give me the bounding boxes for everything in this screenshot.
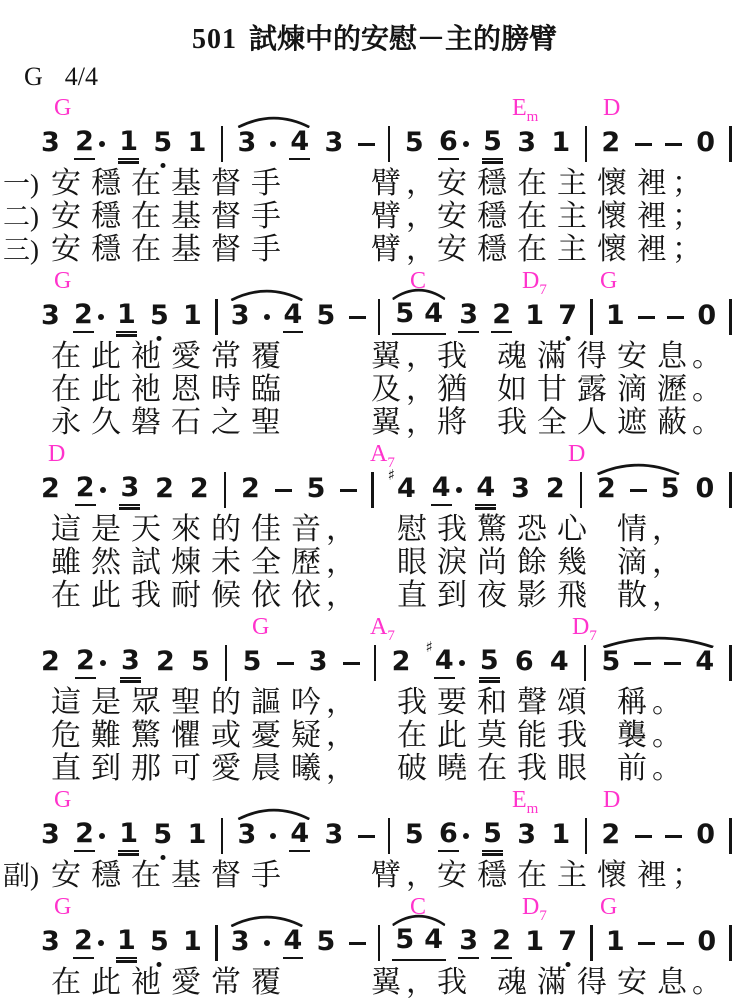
note: 1 bbox=[118, 820, 139, 852]
dot-separator bbox=[270, 833, 276, 839]
lyric-cell: 幾 bbox=[552, 548, 592, 579]
lyric-cell: 魂 bbox=[492, 968, 532, 999]
lyric-cell: 主 bbox=[552, 202, 592, 233]
slur-group: 54 bbox=[392, 926, 446, 961]
note: 5 bbox=[316, 302, 337, 332]
note-digit: 3 bbox=[510, 475, 531, 505]
lyric-cell: 督 bbox=[206, 235, 246, 266]
lyric-cell: 祂 bbox=[126, 342, 166, 373]
chord-root: G bbox=[252, 614, 269, 640]
duration-dash bbox=[635, 835, 652, 838]
note: 2 bbox=[189, 475, 210, 505]
note-digit: 3 bbox=[230, 928, 251, 958]
note: 3 bbox=[119, 474, 140, 506]
lyric-cell: 散 bbox=[612, 581, 652, 612]
page-title: 501試煉中的安慰－主的膀臂 bbox=[0, 0, 749, 56]
lyric-cell: 息 bbox=[652, 968, 692, 999]
chord-root: A bbox=[370, 614, 387, 640]
barline bbox=[590, 299, 593, 335]
key-signature: G4/4 bbox=[24, 62, 749, 92]
lyric-cell: 常 bbox=[206, 968, 246, 999]
note-digit: 1 bbox=[605, 928, 626, 958]
lyric-cell: 穩 bbox=[472, 235, 512, 266]
lyric-cell: 懼 bbox=[166, 721, 206, 752]
lyric-cell: 基 bbox=[166, 169, 206, 200]
note-digit: 5 bbox=[479, 647, 500, 679]
note: 0 bbox=[695, 821, 716, 851]
duration-dash bbox=[635, 143, 652, 146]
lyric-punct: ， bbox=[652, 515, 678, 546]
chord-row: GCD7G bbox=[0, 895, 749, 921]
note-digit: 3 bbox=[230, 302, 251, 332]
note-digit: 2 bbox=[75, 647, 96, 679]
lyric-cell: 人 bbox=[572, 408, 612, 439]
note: 1 bbox=[182, 302, 203, 332]
barline bbox=[729, 299, 732, 335]
note-digit: 3 bbox=[458, 927, 479, 959]
lyric-cell: 穩 bbox=[86, 235, 126, 266]
lyric-row: 在此祂恩時臨及，猶如甘露滴瀝。 bbox=[0, 372, 749, 405]
lyric-cell: 全 bbox=[246, 548, 286, 579]
lyric-cell: 將 bbox=[432, 408, 472, 439]
note: 3 bbox=[120, 647, 141, 679]
lyric-cell: 祂 bbox=[126, 375, 166, 406]
lyric-row: 一)安穩在基督手臂，安穩在主懷裡； bbox=[0, 166, 749, 199]
chord-root: G bbox=[54, 787, 71, 813]
chord-label: Em bbox=[512, 788, 538, 817]
lyric-cell: 覆 bbox=[246, 968, 286, 999]
augmentation-dot bbox=[98, 940, 104, 946]
lyric-row: 副)安穩在基督手臂，安穩在主懷裡； bbox=[0, 858, 749, 891]
duration-dash bbox=[340, 489, 357, 492]
note: 4 bbox=[289, 128, 310, 160]
lyric-cell: 臂 bbox=[366, 202, 406, 233]
lyric-cell: 的 bbox=[206, 515, 246, 546]
chord-label: G bbox=[600, 895, 617, 920]
lyric-row: 這是天來的佳音，慰我驚恐心情， bbox=[0, 512, 749, 545]
lyric-punct: ， bbox=[326, 754, 352, 785]
lyric-cell: 尚 bbox=[472, 548, 512, 579]
lyric-cell: 此 bbox=[86, 968, 126, 999]
note-digit: 5 bbox=[152, 129, 173, 159]
note: 2 bbox=[75, 474, 106, 506]
lyric-cell: 滴 bbox=[612, 375, 652, 406]
note-digit: 4 bbox=[475, 474, 496, 506]
note: 1 bbox=[118, 128, 139, 160]
lyric-row: 二)安穩在基督手臂，安穩在主懷裡； bbox=[0, 199, 749, 232]
chord-row: GCD7G bbox=[0, 269, 749, 295]
note: 1 bbox=[187, 129, 208, 159]
note: 3 bbox=[458, 927, 479, 959]
note: 4 bbox=[283, 927, 304, 959]
note: 3 bbox=[510, 475, 531, 505]
key-tonic: G bbox=[24, 62, 43, 91]
chord-label: Em bbox=[512, 96, 538, 125]
lyric-row: 危難驚懼或憂疑，在此莫能我襲。 bbox=[0, 718, 749, 751]
lyric-cell: 督 bbox=[206, 202, 246, 233]
system-4: GA7D722325532♯456454這是眾聖的謳吟，我要和聲頌稱。危難驚懼或… bbox=[0, 615, 749, 784]
lyric-punct: ， bbox=[326, 688, 352, 719]
lyric-cell: 滴 bbox=[612, 548, 652, 579]
note-digit: 5 bbox=[394, 300, 415, 330]
lyric-cell: 穩 bbox=[472, 169, 512, 200]
chord-root: D bbox=[603, 787, 620, 813]
note: 0 bbox=[695, 475, 716, 505]
lyric-cell: 頌 bbox=[552, 688, 592, 719]
lyric-cell: 直 bbox=[46, 754, 86, 785]
lyric-cell: 曦 bbox=[286, 754, 326, 785]
barline bbox=[221, 818, 224, 854]
lyric-cell: 恩 bbox=[166, 375, 206, 406]
lyric-cell: 吟 bbox=[286, 688, 326, 719]
barline bbox=[374, 645, 377, 681]
duration-dash bbox=[665, 143, 682, 146]
lyric-cell: 我 bbox=[432, 515, 472, 546]
note-digit: 2 bbox=[545, 475, 566, 505]
barline bbox=[215, 925, 218, 961]
barline bbox=[729, 472, 732, 508]
melody-row: 3215134554321710 bbox=[40, 921, 732, 965]
lyric-cell: 安 bbox=[432, 202, 472, 233]
barline bbox=[388, 818, 391, 854]
note-digit: 2 bbox=[600, 821, 621, 851]
note: 3 bbox=[323, 129, 344, 159]
lyric-cell: 手 bbox=[246, 169, 286, 200]
lyric-punct: 。 bbox=[652, 754, 678, 785]
lyric-cell: 影 bbox=[512, 581, 552, 612]
lyric-cell: 裡 bbox=[632, 861, 672, 892]
note: 3 bbox=[323, 821, 344, 851]
chord-label: D bbox=[603, 788, 620, 813]
note-digit: 3 bbox=[237, 129, 258, 159]
lyric-cell: 及 bbox=[366, 375, 406, 406]
lyric-cell: 此 bbox=[86, 342, 126, 373]
lyric-cell: 眼 bbox=[552, 754, 592, 785]
slur-group: 34 bbox=[230, 301, 304, 333]
lyric-cell: 如 bbox=[492, 375, 532, 406]
note-digit: 3 bbox=[458, 301, 479, 333]
lyric-cell: 魂 bbox=[492, 342, 532, 373]
lyric-cell: 主 bbox=[552, 169, 592, 200]
note-digit: 1 bbox=[524, 928, 545, 958]
lyric-row: 三)安穩在基督手臂，安穩在主懷裡； bbox=[0, 232, 749, 265]
lyric-cell: 滿 bbox=[532, 342, 572, 373]
note: 0 bbox=[696, 928, 717, 958]
lyric-cell: 聲 bbox=[512, 688, 552, 719]
note: 5 bbox=[316, 928, 337, 958]
lyric-cell: 猶 bbox=[432, 375, 472, 406]
lyric-row: 在此祂愛常覆翼，我魂滿得安息。 bbox=[0, 339, 749, 372]
lyric-cell: 或 bbox=[206, 721, 246, 752]
lyric-cell: 露 bbox=[572, 375, 612, 406]
note: 3 bbox=[516, 129, 537, 159]
note: 5 bbox=[601, 648, 622, 678]
note-digit: 4 bbox=[694, 648, 715, 678]
lyric-cell: 莫 bbox=[472, 721, 512, 752]
system-5: GEmD321513435653120副)安穩在基督手臂，安穩在主懷裡； bbox=[0, 788, 749, 891]
lyric-cell: 此 bbox=[86, 581, 126, 612]
lyric-cell: 懷 bbox=[592, 202, 632, 233]
lyric-cell: 心 bbox=[552, 515, 592, 546]
note-digit: 5 bbox=[149, 928, 170, 958]
lyric-cell: 磐 bbox=[126, 408, 166, 439]
verse-prefix: 三) bbox=[3, 237, 39, 265]
lyric-cell: 情 bbox=[612, 515, 652, 546]
lyric-cell: 佳 bbox=[246, 515, 286, 546]
lyric-cell: 全 bbox=[532, 408, 572, 439]
verse-prefix: 副) bbox=[3, 863, 39, 891]
note-digit: 6 bbox=[514, 648, 535, 678]
lyric-cell: 試 bbox=[126, 548, 166, 579]
system-2: GCD7G3215134554321710在此祂愛常覆翼，我魂滿得安息。在此祂恩… bbox=[0, 269, 749, 438]
lyric-cell: 天 bbox=[126, 515, 166, 546]
note: 1 bbox=[187, 821, 208, 851]
note-digit: 2 bbox=[240, 475, 261, 505]
lyric-cell: 依 bbox=[246, 581, 286, 612]
barline bbox=[729, 925, 732, 961]
chord-label: A7 bbox=[370, 615, 395, 644]
lyric-cell: 安 bbox=[612, 968, 652, 999]
lyric-cell: 憂 bbox=[246, 721, 286, 752]
note: 1 bbox=[182, 928, 203, 958]
note: 7 bbox=[557, 928, 578, 958]
note: 2 bbox=[40, 475, 61, 505]
note: 3 bbox=[516, 821, 537, 851]
note: 6 bbox=[438, 128, 469, 160]
lyric-cell: 眼 bbox=[392, 548, 432, 579]
slur-group: 54 bbox=[601, 648, 716, 678]
lyric-cell: 在 bbox=[126, 169, 166, 200]
note-digit: 2 bbox=[73, 927, 94, 959]
note: 2 bbox=[600, 821, 621, 851]
duration-dash bbox=[349, 942, 366, 945]
note-digit: 3 bbox=[237, 821, 258, 851]
lyric-cell: 滿 bbox=[532, 968, 572, 999]
lyric-punct: ， bbox=[406, 202, 432, 233]
lyric-punct: ； bbox=[672, 861, 698, 892]
duration-dash bbox=[277, 662, 294, 665]
note: 5 bbox=[149, 928, 170, 958]
note-digit: 1 bbox=[182, 928, 203, 958]
lyric-cell: 基 bbox=[166, 861, 206, 892]
note-digit: 4 bbox=[289, 820, 310, 852]
lyric-cell: 在 bbox=[46, 342, 86, 373]
lyric-cell: 督 bbox=[206, 169, 246, 200]
lyric-cell: 臂 bbox=[366, 235, 406, 266]
note-digit: 5 bbox=[316, 928, 337, 958]
note: 4 bbox=[475, 474, 496, 506]
note: 2 bbox=[74, 820, 105, 852]
note: 2 bbox=[75, 647, 106, 679]
melody-row: 321513435653120 bbox=[40, 122, 732, 166]
duration-dash bbox=[634, 662, 651, 665]
lyric-cell: 晨 bbox=[246, 754, 286, 785]
lyric-punct: ； bbox=[672, 202, 698, 233]
lyric-cell: 時 bbox=[206, 375, 246, 406]
lyric-cell: 夜 bbox=[472, 581, 512, 612]
note: 2 bbox=[155, 648, 176, 678]
dot-separator bbox=[264, 940, 270, 946]
note: 5 bbox=[190, 648, 211, 678]
note: ♯4 bbox=[426, 647, 465, 679]
note: 2 bbox=[491, 301, 512, 333]
note: 2 bbox=[545, 475, 566, 505]
note: 3 bbox=[230, 302, 251, 332]
augmentation-dot bbox=[459, 660, 465, 666]
note: 2 bbox=[391, 648, 412, 678]
lyric-cell: 慰 bbox=[392, 515, 432, 546]
lyric-cell: 臨 bbox=[246, 375, 286, 406]
lyric-cell: 懷 bbox=[592, 169, 632, 200]
sharp-icon: ♯ bbox=[388, 468, 395, 483]
barline bbox=[388, 126, 391, 162]
lyric-cell: 的 bbox=[206, 688, 246, 719]
chord-root: A bbox=[370, 441, 387, 467]
lyric-cell: 主 bbox=[552, 235, 592, 266]
lyric-cell: 直 bbox=[392, 581, 432, 612]
note-digit: 0 bbox=[696, 302, 717, 332]
lyric-cell: 安 bbox=[432, 169, 472, 200]
lyric-cell: 在 bbox=[46, 375, 86, 406]
note: 2 bbox=[73, 927, 104, 959]
melody-row: 22325532♯456454 bbox=[40, 641, 732, 685]
lyric-cell: 我 bbox=[492, 408, 532, 439]
chord-root: G bbox=[54, 268, 71, 294]
lyric-cell: 那 bbox=[126, 754, 166, 785]
lyric-cell: 裡 bbox=[632, 235, 672, 266]
chord-root: E bbox=[512, 95, 527, 121]
chord-label: G bbox=[252, 615, 269, 640]
lyric-cell: 安 bbox=[46, 202, 86, 233]
chord-row: GA7D7 bbox=[0, 615, 749, 641]
chord-label: G bbox=[54, 96, 71, 121]
lyric-cell: 和 bbox=[472, 688, 512, 719]
note-digit: 2 bbox=[74, 128, 95, 160]
note-digit: 5 bbox=[306, 475, 327, 505]
dot-separator bbox=[270, 141, 276, 147]
note-digit: 1 bbox=[524, 302, 545, 332]
note-digit: 5 bbox=[152, 821, 173, 851]
note-digit: 2 bbox=[491, 301, 512, 333]
lyric-punct: ， bbox=[406, 968, 432, 999]
barline bbox=[729, 818, 732, 854]
note: 3 bbox=[458, 301, 479, 333]
lyric-cell: 得 bbox=[572, 342, 612, 373]
lyric-cell: 耐 bbox=[166, 581, 206, 612]
lyric-cell: 是 bbox=[86, 688, 126, 719]
note: 5 bbox=[149, 302, 170, 332]
duration-dash bbox=[664, 662, 681, 665]
lyric-cell: 安 bbox=[46, 861, 86, 892]
lyric-cell: 督 bbox=[206, 861, 246, 892]
lyric-cell: 曉 bbox=[432, 754, 472, 785]
lyric-punct: ， bbox=[652, 548, 678, 579]
chord-row: GEmD bbox=[0, 96, 749, 122]
chord-label: D7 bbox=[522, 269, 547, 298]
lyric-cell: 此 bbox=[86, 375, 126, 406]
lyric-punct: ， bbox=[326, 515, 352, 546]
lyric-cell: 主 bbox=[552, 861, 592, 892]
lyric-cell: 愛 bbox=[166, 968, 206, 999]
barline bbox=[378, 299, 381, 335]
lyric-cell: 安 bbox=[46, 235, 86, 266]
note: 5 bbox=[404, 821, 425, 851]
note-digit: 5 bbox=[149, 302, 170, 332]
time-signature: 4/4 bbox=[65, 62, 98, 91]
lyric-punct: 。 bbox=[692, 342, 718, 373]
lyric-cell: 歷 bbox=[286, 548, 326, 579]
chord-label: G bbox=[54, 269, 71, 294]
note: 2 bbox=[73, 301, 104, 333]
note-digit: 2 bbox=[189, 475, 210, 505]
note-digit: 1 bbox=[116, 301, 137, 333]
lyric-cell: 來 bbox=[166, 515, 206, 546]
note-digit: 3 bbox=[120, 647, 141, 679]
hymn-number: 501 bbox=[192, 24, 237, 55]
note-digit: 3 bbox=[516, 821, 537, 851]
note-digit: 1 bbox=[605, 302, 626, 332]
barline bbox=[585, 818, 588, 854]
lyric-cell: 我 bbox=[126, 581, 166, 612]
lyric-punct: 。 bbox=[652, 721, 678, 752]
lyric-row: 雖然試煉未全歷，眼淚尚餘幾滴， bbox=[0, 545, 749, 578]
melody-row: 3215134554321710 bbox=[40, 295, 732, 339]
note-digit: 5 bbox=[404, 129, 425, 159]
chord-root: C bbox=[410, 894, 426, 920]
note-digit: 5 bbox=[660, 475, 681, 505]
note: 5 bbox=[479, 647, 500, 679]
lyric-cell: 驚 bbox=[126, 721, 166, 752]
note-digit: 3 bbox=[323, 821, 344, 851]
sharp-icon: ♯ bbox=[426, 640, 433, 655]
note: 5 bbox=[152, 129, 173, 159]
note: 1 bbox=[524, 302, 545, 332]
lyric-cell: 餘 bbox=[512, 548, 552, 579]
lyric-cell: 我 bbox=[512, 754, 552, 785]
lyric-cell: 是 bbox=[86, 515, 126, 546]
lyric-punct: ， bbox=[406, 375, 432, 406]
note-digit: 1 bbox=[118, 128, 139, 160]
lyric-cell: 常 bbox=[206, 342, 246, 373]
lyric-cell: 久 bbox=[86, 408, 126, 439]
note-digit: 5 bbox=[190, 648, 211, 678]
duration-dash bbox=[343, 662, 360, 665]
note: 0 bbox=[695, 129, 716, 159]
barline bbox=[585, 126, 588, 162]
lyric-punct: ， bbox=[326, 581, 352, 612]
hymn-title: 試煉中的安慰－主的膀臂 bbox=[249, 24, 557, 55]
slur-group: 25 bbox=[596, 475, 681, 505]
note-digit: 4 bbox=[434, 647, 455, 679]
lyric-cell: 石 bbox=[166, 408, 206, 439]
lyric-cell: 在 bbox=[392, 721, 432, 752]
barline bbox=[215, 299, 218, 335]
lyric-row: 在此我耐候依依，直到夜影飛散， bbox=[0, 578, 749, 611]
note-digit: 3 bbox=[40, 928, 61, 958]
lyric-cell: 我 bbox=[432, 342, 472, 373]
lyric-cell: 手 bbox=[246, 202, 286, 233]
barline bbox=[224, 472, 227, 508]
note: 4 bbox=[423, 926, 444, 956]
lyric-cell: 穩 bbox=[86, 861, 126, 892]
lyric-cell: 在 bbox=[472, 754, 512, 785]
chord-suffix: 7 bbox=[539, 908, 547, 924]
note: 3 bbox=[40, 129, 61, 159]
note: 3 bbox=[40, 928, 61, 958]
lyric-cell: 在 bbox=[126, 861, 166, 892]
barline bbox=[371, 472, 374, 508]
duration-dash bbox=[638, 316, 655, 319]
